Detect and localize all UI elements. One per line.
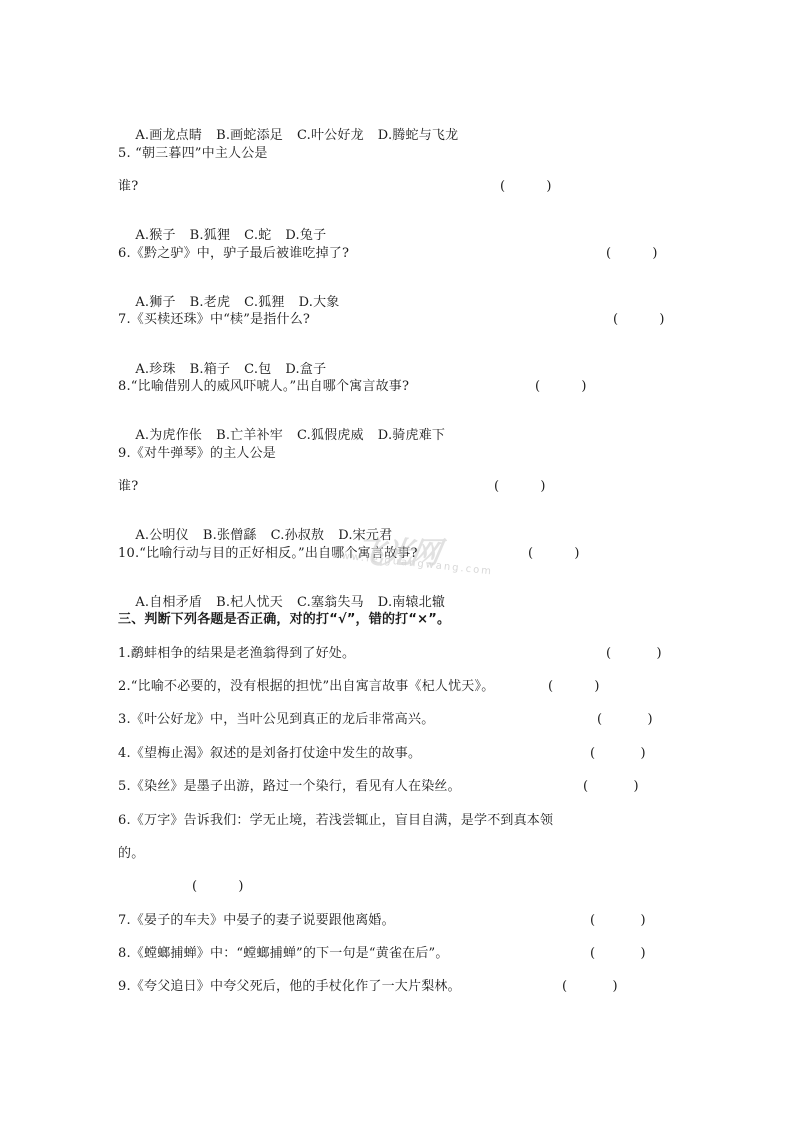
- option-b: B.亡羊补牢: [216, 428, 283, 443]
- tf-item-9-answer-blank[interactable]: ( ): [562, 979, 618, 995]
- option-b: B.箱子: [190, 362, 231, 377]
- tf-item-3-text: 3.《叶公好龙》中，当叶公见到真正的龙后非常高兴。: [118, 712, 434, 728]
- option-a: A.珍珠: [135, 362, 175, 377]
- question-5-text-cont: 谁?: [118, 179, 138, 195]
- tf-item-2-text: 2.“比喻不必要的，没有根据的担忧”出自寓言故事《杞人忧天》。: [118, 679, 494, 695]
- option-c: C.包: [244, 362, 271, 377]
- document-page: A.画龙点睛B.画蛇添足C.叶公好龙D.腾蛇与飞龙 5. “朝三暮四”中主人公是…: [0, 0, 793, 1122]
- question-8-answer-blank[interactable]: ( ): [535, 379, 586, 395]
- tf-item-5-text: 5.《染丝》是墨子出游，路过一个染行，看见有人在染丝。: [118, 779, 461, 795]
- option-c: C.蛇: [244, 228, 271, 243]
- option-d: D.宋元君: [338, 528, 392, 543]
- option-c: C.狐狸: [244, 295, 284, 310]
- option-d: D.大象: [299, 295, 340, 310]
- option-d: D.腾蛇与飞龙: [378, 128, 459, 143]
- question-6-text: 6.《黔之驴》中，驴子最后被谁吃掉了?: [118, 246, 349, 262]
- question-9-answer-blank[interactable]: ( ): [494, 479, 545, 495]
- option-a: A.狮子: [135, 295, 175, 310]
- question-9-text: 9.《对牛弹琴》的主人公是: [118, 446, 276, 462]
- tf-item-1-text: 1.鹬蚌相争的结果是老渔翁得到了好处。: [118, 646, 355, 662]
- option-b: B.张僧繇: [203, 528, 257, 543]
- question-7-text: 7.《买椟还珠》中“椟”是指什么?: [118, 312, 310, 328]
- option-a: A.为虎作伥: [135, 428, 202, 443]
- option-d: D.盒子: [285, 362, 326, 377]
- tf-item-7-text: 7.《晏子的车夫》中晏子的妻子说要跟他离婚。: [118, 913, 395, 929]
- tf-item-3-answer-blank[interactable]: ( ): [597, 712, 653, 728]
- option-a: A.公明仪: [135, 528, 189, 543]
- option-c: C.塞翁失马: [297, 595, 364, 610]
- option-a: A.自相矛盾: [135, 595, 202, 610]
- option-a: A.猴子: [135, 228, 175, 243]
- question-5-answer-blank[interactable]: ( ): [500, 179, 551, 195]
- tf-item-8-answer-blank[interactable]: ( ): [590, 946, 646, 962]
- option-c: C.狐假虎威: [297, 428, 364, 443]
- tf-item-9-text: 9.《夸父追日》中夸父死后，他的手杖化作了一大片梨林。: [118, 979, 461, 995]
- question-9-text-cont: 谁?: [118, 479, 138, 495]
- tf-item-8-text: 8.《螳螂捕蝉》中：“螳螂捕蝉”的下一句是“黄雀在后”。: [118, 946, 449, 962]
- option-c: C.叶公好龙: [297, 128, 364, 143]
- option-d: D.兔子: [285, 228, 326, 243]
- tf-item-6-text-cont: 的。: [118, 846, 144, 862]
- option-b: B.老虎: [190, 295, 231, 310]
- tf-item-2-answer-blank[interactable]: ( ): [548, 679, 599, 695]
- question-10-text: 10.“比喻行动与目的正好相反。”出自哪个寓言故事?: [118, 546, 418, 562]
- section-3-heading: 三、判断下列各题是否正确，对的打“√”，错的打“×”。: [118, 612, 450, 628]
- option-d: D.骑虎难下: [378, 428, 445, 443]
- question-6-answer-blank[interactable]: ( ): [606, 246, 657, 262]
- option-d: D.南辕北辙: [378, 595, 445, 610]
- option-b: B.画蛇添足: [216, 128, 283, 143]
- tf-item-4-text: 4.《望梅止渴》叙述的是刘备打仗途中发生的故事。: [118, 746, 421, 762]
- option-b: B.杞人忧天: [216, 595, 283, 610]
- tf-item-4-answer-blank[interactable]: ( ): [590, 746, 646, 762]
- tf-item-5-answer-blank[interactable]: ( ): [583, 779, 639, 795]
- option-a: A.画龙点睛: [135, 128, 202, 143]
- question-8-text: 8.“比喻借别人的威风吓唬人。”出自哪个寓言故事?: [118, 379, 409, 395]
- option-c: C.孙叔敖: [271, 528, 325, 543]
- question-5-text: 5. “朝三暮四”中主人公是: [118, 146, 268, 162]
- tf-item-7-answer-blank[interactable]: ( ): [590, 913, 646, 929]
- question-10-answer-blank[interactable]: ( ): [528, 546, 579, 562]
- tf-item-1-answer-blank[interactable]: ( ): [606, 646, 662, 662]
- question-7-answer-blank[interactable]: ( ): [613, 312, 664, 328]
- tf-item-6-text: 6.《万字》告诉我们：学无止境，若浅尝辄止，盲目自满，是学不到真本领: [118, 813, 553, 829]
- tf-item-6-answer-blank[interactable]: ( ): [192, 879, 243, 895]
- option-b: B.狐狸: [190, 228, 231, 243]
